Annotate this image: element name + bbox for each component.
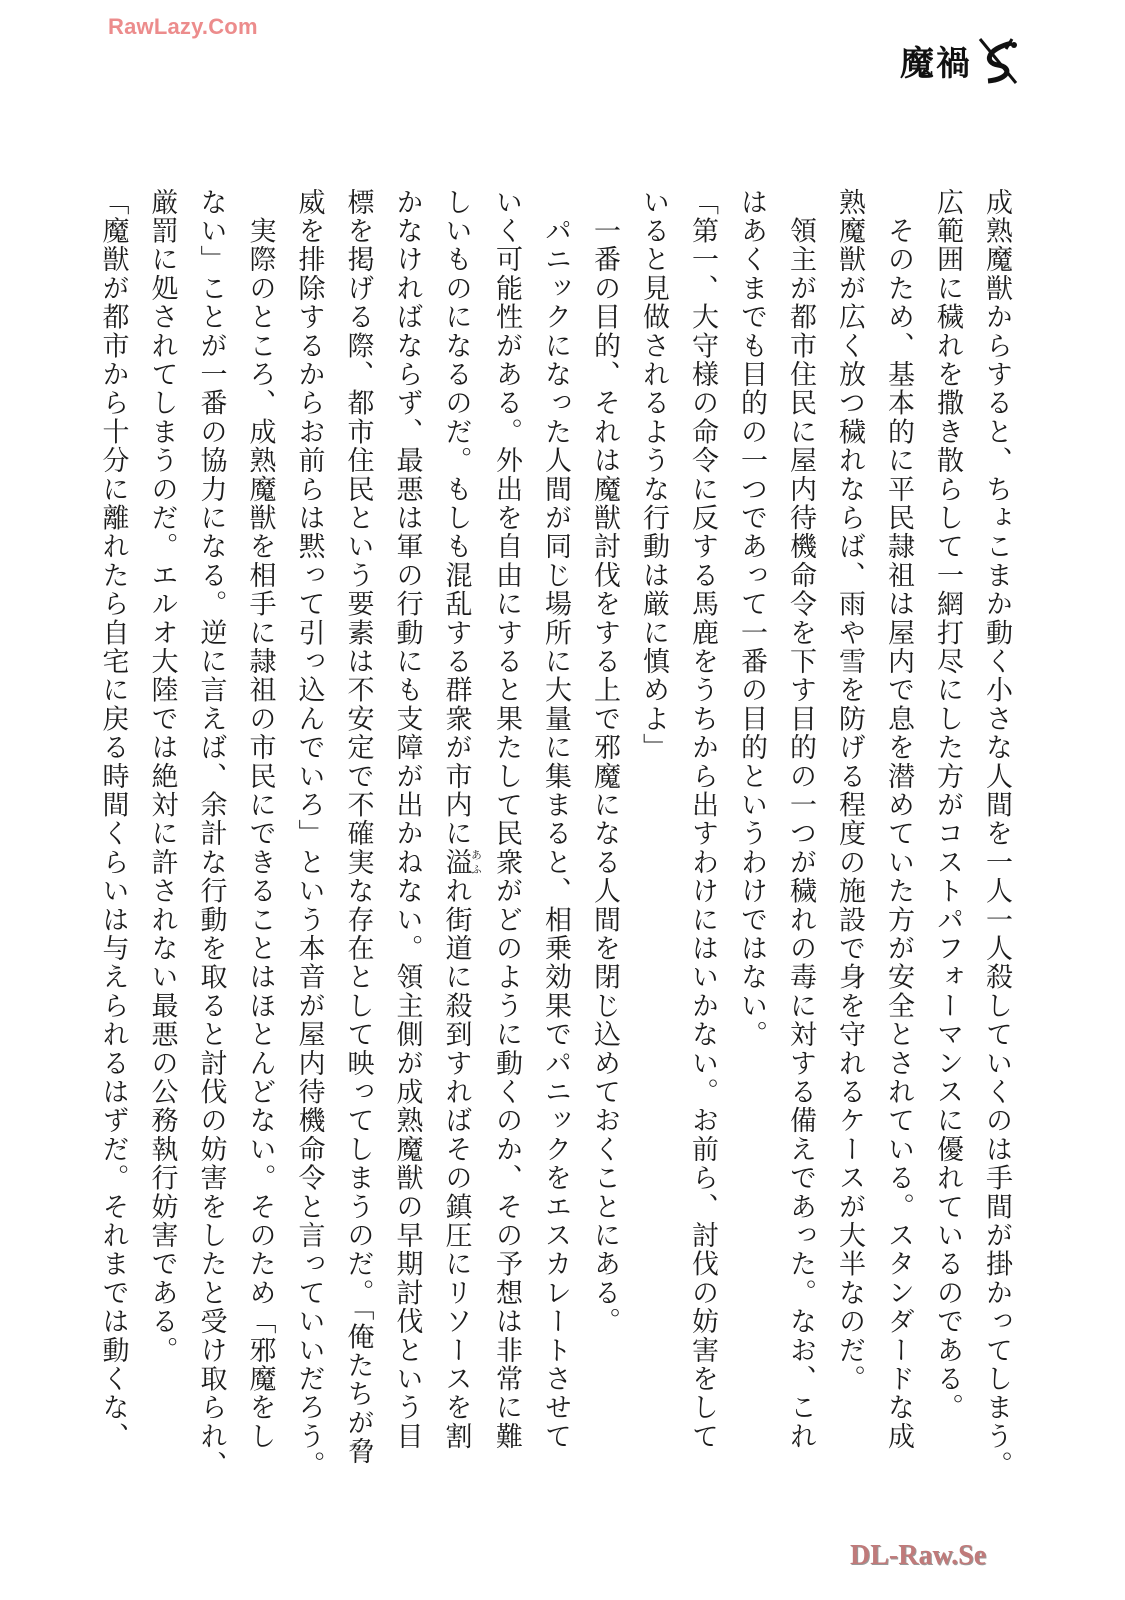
watermark-dlraw: DL-Raw.Se <box>850 1540 986 1572</box>
furigana: 溢あふ <box>441 848 472 877</box>
text-column: 成熟魔獣からすると、ちょこまか動く小さな人間を一人一人殺していくのは手間が掛かっ… <box>972 188 1021 1468</box>
text-column: いると見做されるような行動は厳に慎めよ」 <box>629 188 678 1468</box>
serpent-sword-emblem-icon <box>976 37 1020 85</box>
text-column: 領主が都市住民に屋内待機命令を下す目的の一つが穢れの毒に対する備えであった。なお… <box>776 188 825 1468</box>
text-column: はあくまでも目的の一つであって一番の目的というわけではない。 <box>727 188 776 1468</box>
text-column: 一番の目的、それは魔獣討伐をする上で邪魔になる人間を閉じ込めておくことにある。 <box>580 188 629 1468</box>
text-column: 実際のところ、成熟魔獣を相手に隷祖の市民にできることはほとんどない。そのため「邪… <box>236 188 285 1468</box>
text-column: 威を排除するからお前らは黙って引っ込んでいろ」という本音が屋内待機命令と言ってい… <box>285 188 334 1468</box>
text-column: 広範囲に穢れを撒き散らして一網打尽にした方がコストパフォーマンスに優れているので… <box>923 188 972 1468</box>
text-column: パニックになった人間が同じ場所に大量に集まると、相乗効果でパニックをエスカレート… <box>531 188 580 1468</box>
text-column: しいものになるのだ。もしも混乱する群衆が市内に溢あふれ街道に殺到すればその鎮圧に… <box>432 188 483 1468</box>
watermark-rawlazy: RawLazy.Com <box>108 14 258 40</box>
text-column: 熟魔獣が広く放つ穢れならば、雨や雪を防げる程度の施設で身を守れるケースが大半なの… <box>825 188 874 1468</box>
book-title-header: 魔禍 <box>900 36 1020 85</box>
text-column: 標を掲げる際、都市住民という要素は不安定で不確実な存在として映ってしまうのだ。「… <box>334 188 383 1468</box>
text-column: かなければならず、最悪は軍の行動にも支障が出かねない。領主側が成熟魔獣の早期討伐… <box>383 188 432 1468</box>
text-column: そのため、基本的に平民隷祖は屋内で息を潜めていた方が安全とされている。スタンダー… <box>874 188 923 1468</box>
text-column: ない」ことが一番の協力になる。逆に言えば、余計な行動を取ると討伐の妨害をしたと受… <box>187 188 236 1468</box>
novel-body-text: 成熟魔獣からすると、ちょこまか動く小さな人間を一人一人殺していくのは手間が掛かっ… <box>89 188 1022 1468</box>
text-column: 「魔獣が都市から十分に離れたら自宅に戻る時間くらいは与えられるはずだ。それまでは… <box>89 188 138 1468</box>
book-title: 魔禍 <box>900 36 972 85</box>
text-column: 「第一、大守様の命令に反する馬鹿をうちから出すわけにはいかない。お前ら、討伐の妨… <box>678 188 727 1468</box>
text-column: 厳罰に処されてしまうのだ。エルオ大陸では絶対に許されない最悪の公務執行妨害である… <box>138 188 187 1468</box>
text-column: いく可能性がある。外出を自由にすると果たして民衆がどのように動くのか、その予想は… <box>482 188 531 1468</box>
